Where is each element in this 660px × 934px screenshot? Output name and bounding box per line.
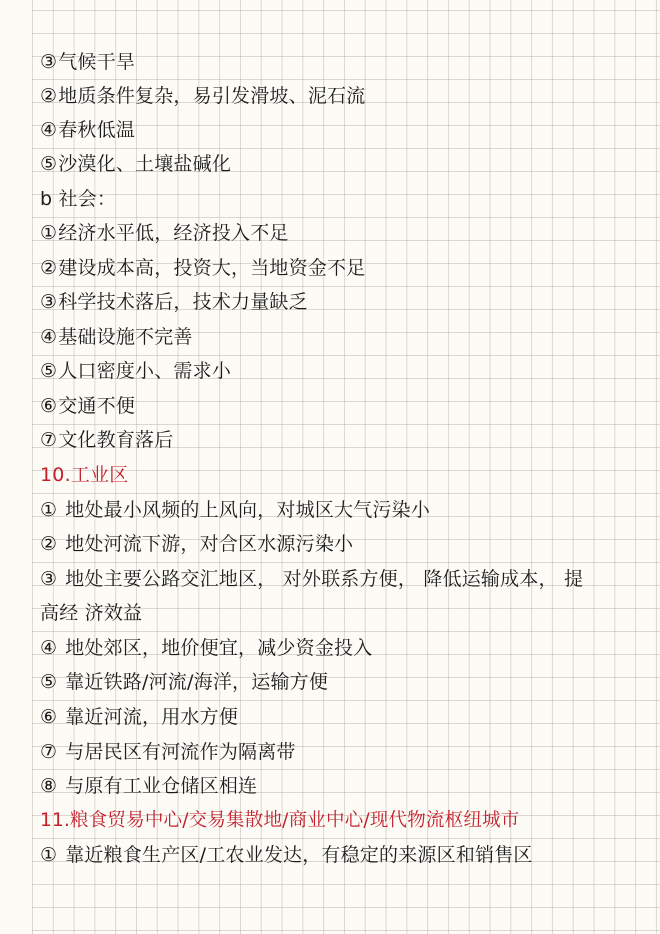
list-item: ⑥交通不便 xyxy=(40,391,640,421)
item-text: 人口密度小、需求小 xyxy=(58,360,231,382)
item-text: 科学技术落后，技术力量缺乏 xyxy=(58,291,308,313)
item-text: 靠近河流，用水方便 xyxy=(65,706,238,728)
list-item: ⑧与原有工业仓储区相连 xyxy=(40,771,640,801)
item-number: ② xyxy=(40,533,57,555)
item-number: ③ xyxy=(40,568,57,590)
list-item: ①地处最小风频的上风向，对城区大气污染小 xyxy=(40,495,640,525)
item-text: 地处郊区，地价便宜，减少资金投入 xyxy=(65,637,372,659)
list-item: ⑤沙漠化、土壤盐碱化 xyxy=(40,149,640,179)
item-number: ③ xyxy=(40,291,57,313)
list-item: ②建设成本高，投资大，当地资金不足 xyxy=(40,253,640,283)
list-item: ②地质条件复杂，易引发滑坡、泥石流 xyxy=(40,81,640,111)
item-number: ⑧ xyxy=(40,775,57,797)
item-text: 靠近粮食生产区/工农业发达，有稳定的来源区和销售区 xyxy=(65,844,532,866)
notes-page: ③气候干旱 ②地质条件复杂，易引发滑坡、泥石流 ④春秋低温 ⑤沙漠化、土壤盐碱化… xyxy=(0,0,660,934)
section-heading-industrial-zone: 10.工业区 xyxy=(40,460,640,490)
item-text: 地质条件复杂，易引发滑坡、泥石流 xyxy=(58,85,365,107)
item-number: ⑦ xyxy=(40,741,57,763)
item-text: 与原有工业仓储区相连 xyxy=(65,775,257,797)
item-number: ⑥ xyxy=(40,395,57,417)
item-text: 文化教育落后 xyxy=(58,429,173,451)
list-item: ④地处郊区，地价便宜，减少资金投入 xyxy=(40,633,640,663)
list-item: ⑦文化教育落后 xyxy=(40,425,640,455)
item-number: ③ xyxy=(40,51,57,73)
list-item: ①靠近粮食生产区/工农业发达，有稳定的来源区和销售区 xyxy=(40,840,640,870)
item-number: ⑤ xyxy=(40,671,57,693)
subheading-social: b 社会： xyxy=(40,184,640,214)
item-number: ① xyxy=(40,499,57,521)
item-number: ② xyxy=(40,85,57,107)
item-number: ① xyxy=(40,844,57,866)
list-item: ④基础设施不完善 xyxy=(40,322,640,352)
item-text: 春秋低温 xyxy=(58,119,135,141)
item-number: ⑤ xyxy=(40,360,57,382)
item-number: ④ xyxy=(40,637,57,659)
item-text: 地处河流下游，对合区水源污染小 xyxy=(65,533,353,555)
list-item: ③气候干旱 xyxy=(40,47,640,77)
item-text: 沙漠化、土壤盐碱化 xyxy=(58,153,231,175)
list-item: ①经济水平低，经济投入不足 xyxy=(40,218,640,248)
item-number: ④ xyxy=(40,119,57,141)
list-item: ②地处河流下游，对合区水源污染小 xyxy=(40,529,640,559)
list-item: ⑥靠近河流，用水方便 xyxy=(40,702,640,732)
item-number: ④ xyxy=(40,326,57,348)
item-number: ⑤ xyxy=(40,153,57,175)
item-text: 基础设施不完善 xyxy=(58,326,192,348)
item-text: 气候干旱 xyxy=(58,51,135,73)
section-heading-grain-trade-center: 11.粮食贸易中心/交易集散地/商业中心/现代物流枢纽城市 xyxy=(40,806,640,836)
item-text: 靠近铁路/河流/海洋，运输方便 xyxy=(65,671,328,693)
list-item: ④春秋低温 xyxy=(40,115,640,145)
item-text: 与居民区有河流作为隔离带 xyxy=(65,741,295,763)
list-item: ③地处主要公路交汇地区， 对外联系方便， 降低运输成本， 提 xyxy=(40,564,640,594)
item-text: 地处最小风频的上风向，对城区大气污染小 xyxy=(65,499,430,521)
item-number: ⑥ xyxy=(40,706,57,728)
list-item: ③科学技术落后，技术力量缺乏 xyxy=(40,287,640,317)
item-text: 建设成本高，投资大，当地资金不足 xyxy=(58,257,365,279)
item-number: ② xyxy=(40,257,57,279)
list-item-continuation: 高经 济效益 xyxy=(40,598,640,628)
item-text: 交通不便 xyxy=(58,395,135,417)
item-number: ① xyxy=(40,222,57,244)
list-item: ⑦与居民区有河流作为隔离带 xyxy=(40,737,640,767)
item-text: 地处主要公路交汇地区， 对外联系方便， 降低运输成本， 提 xyxy=(65,568,583,590)
item-number: ⑦ xyxy=(40,429,57,451)
item-text: 经济水平低，经济投入不足 xyxy=(58,222,288,244)
list-item: ⑤人口密度小、需求小 xyxy=(40,356,640,386)
item-text: 高经 济效益 xyxy=(40,602,142,624)
list-item: ⑤靠近铁路/河流/海洋，运输方便 xyxy=(40,667,640,697)
